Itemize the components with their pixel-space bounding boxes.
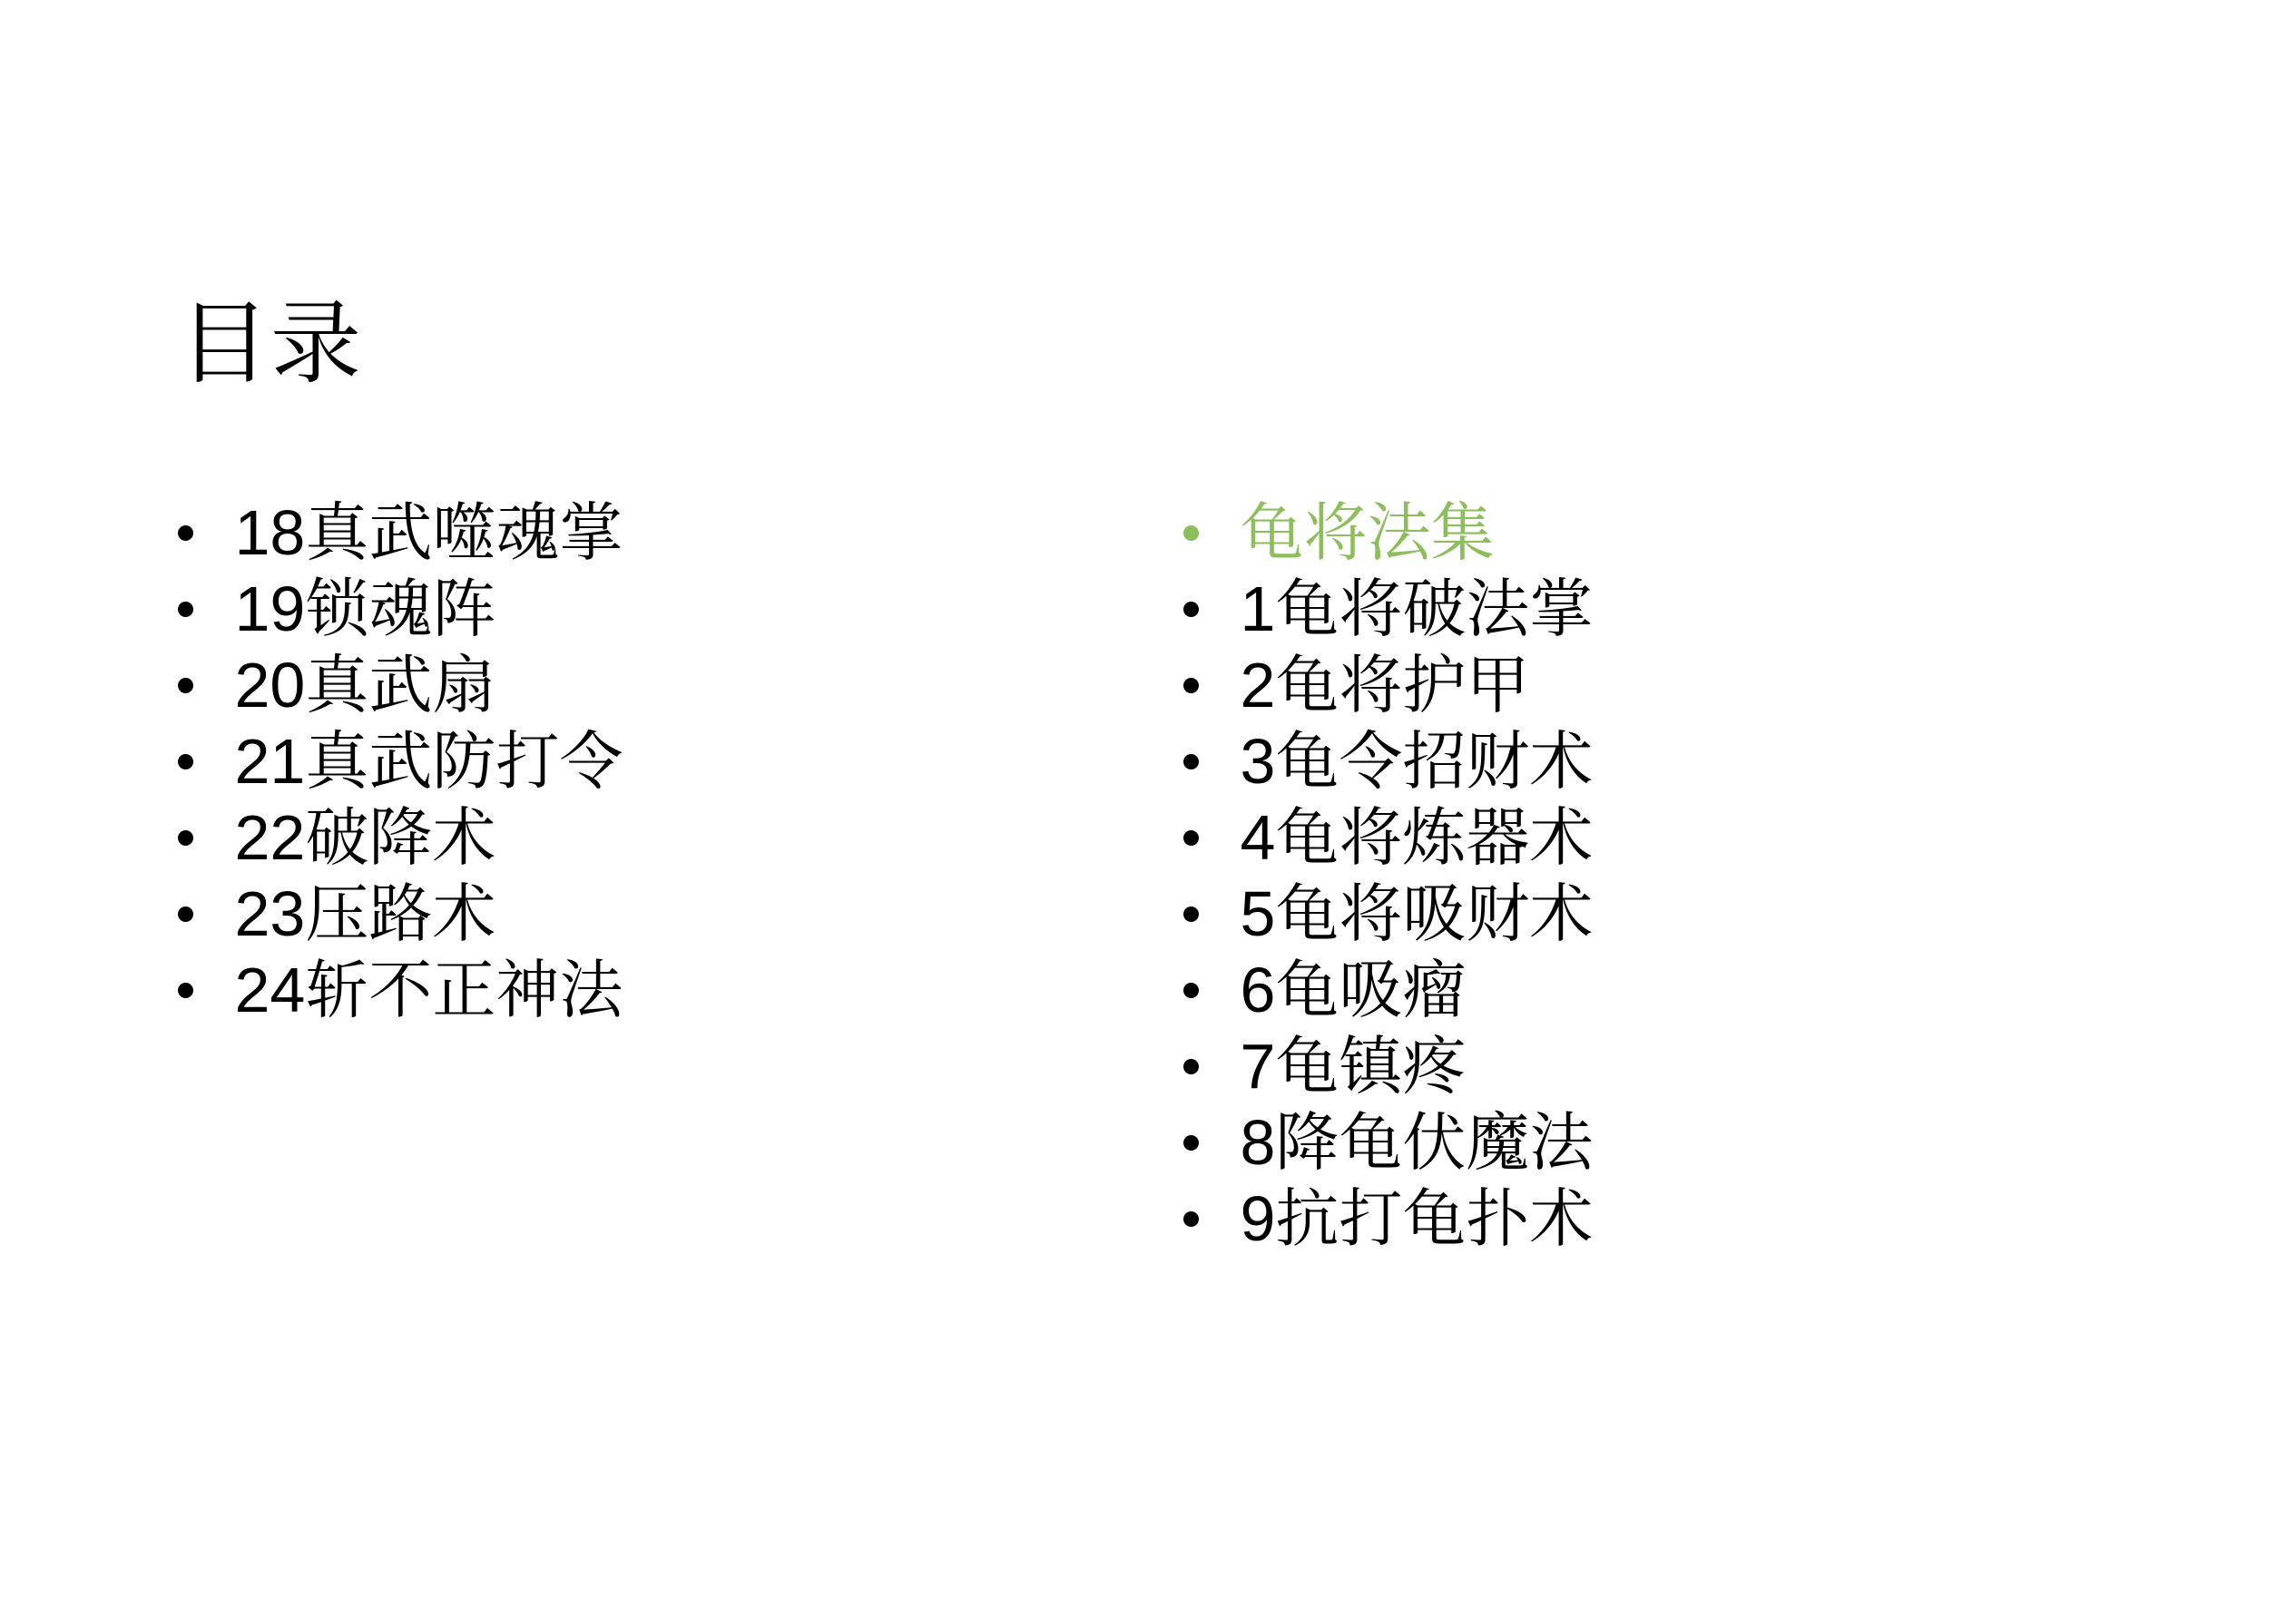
list-item-label: 1龟将破法掌: [1240, 573, 1593, 644]
bullet-icon: [1183, 983, 1199, 998]
list-item-label: 6龟吸瘤: [1240, 955, 1466, 1025]
list-item-label: 2龟将护甲: [1240, 650, 1529, 720]
bullet-icon: [178, 602, 193, 617]
list-item: 7龟镇疼: [1183, 1028, 2182, 1104]
bullet-icon: [1183, 906, 1199, 922]
list-item-label: 19锁魂阵: [234, 573, 496, 644]
bullet-icon: [178, 678, 193, 693]
list-item: 3龟令招财术: [1183, 723, 2182, 799]
list-item-label: 18真武噬魂掌: [234, 497, 623, 568]
bullet-icon: [1183, 1059, 1199, 1074]
toc-column-left: 18真武噬魂掌 19锁魂阵 20真武扇 21真武防打令 22破降术 23压路术 …: [178, 495, 1085, 1028]
list-item-label: 4龟将炼器术: [1240, 802, 1593, 873]
bullet-icon: [1183, 678, 1199, 693]
slide: 目录 18真武噬魂掌 19锁魂阵 20真武扇 21真武防打令 22破降术 23压…: [0, 0, 2296, 1617]
list-item: 1龟将破法掌: [1183, 571, 2182, 647]
list-item: 8降龟伏魔法: [1183, 1104, 2182, 1181]
page-title: 目录: [179, 292, 362, 397]
list-item: 龟将法集: [1183, 495, 2182, 571]
list-item-label: 9抗打龟扑术: [1240, 1183, 1593, 1254]
list-item: 20真武扇: [178, 647, 1085, 723]
list-item-label: 7龟镇疼: [1240, 1031, 1466, 1102]
list-item-label: 5龟将吸财术: [1240, 878, 1593, 949]
list-item-label: 龟将法集: [1240, 497, 1494, 568]
bullet-icon: [178, 906, 193, 922]
bullet-icon: [178, 983, 193, 998]
toc-column-right: 龟将法集 1龟将破法掌 2龟将护甲 3龟令招财术 4龟将炼器术 5龟将吸财术 6…: [1183, 495, 2182, 1257]
list-item-label: 21真武防打令: [234, 726, 623, 797]
list-item-label: 23压路术: [234, 878, 496, 949]
list-item: 24斩不正神法: [178, 952, 1085, 1028]
bullet-icon: [1183, 602, 1199, 617]
bullet-icon: [1183, 1135, 1199, 1151]
bullet-icon: [178, 754, 193, 769]
list-item: 23压路术: [178, 876, 1085, 952]
list-item-label: 22破降术: [234, 802, 496, 873]
list-item-label: 24斩不正神法: [234, 955, 623, 1025]
list-item: 22破降术: [178, 799, 1085, 876]
bullet-icon: [1183, 525, 1199, 541]
list-item: 2龟将护甲: [1183, 647, 2182, 723]
list-item: 6龟吸瘤: [1183, 952, 2182, 1028]
bullet-icon: [1183, 1211, 1199, 1227]
list-item-label: 20真武扇: [234, 650, 496, 720]
list-item: 18真武噬魂掌: [178, 495, 1085, 571]
bullet-icon: [1183, 830, 1199, 846]
list-item-label: 3龟令招财术: [1240, 726, 1593, 797]
bullet-icon: [1183, 754, 1199, 769]
list-item-label: 8降龟伏魔法: [1240, 1107, 1593, 1178]
bullet-icon: [178, 830, 193, 846]
list-item: 4龟将炼器术: [1183, 799, 2182, 876]
list-item: 21真武防打令: [178, 723, 1085, 799]
bullet-icon: [178, 525, 193, 541]
list-item: 9抗打龟扑术: [1183, 1181, 2182, 1257]
list-item: 5龟将吸财术: [1183, 876, 2182, 952]
list-item: 19锁魂阵: [178, 571, 1085, 647]
